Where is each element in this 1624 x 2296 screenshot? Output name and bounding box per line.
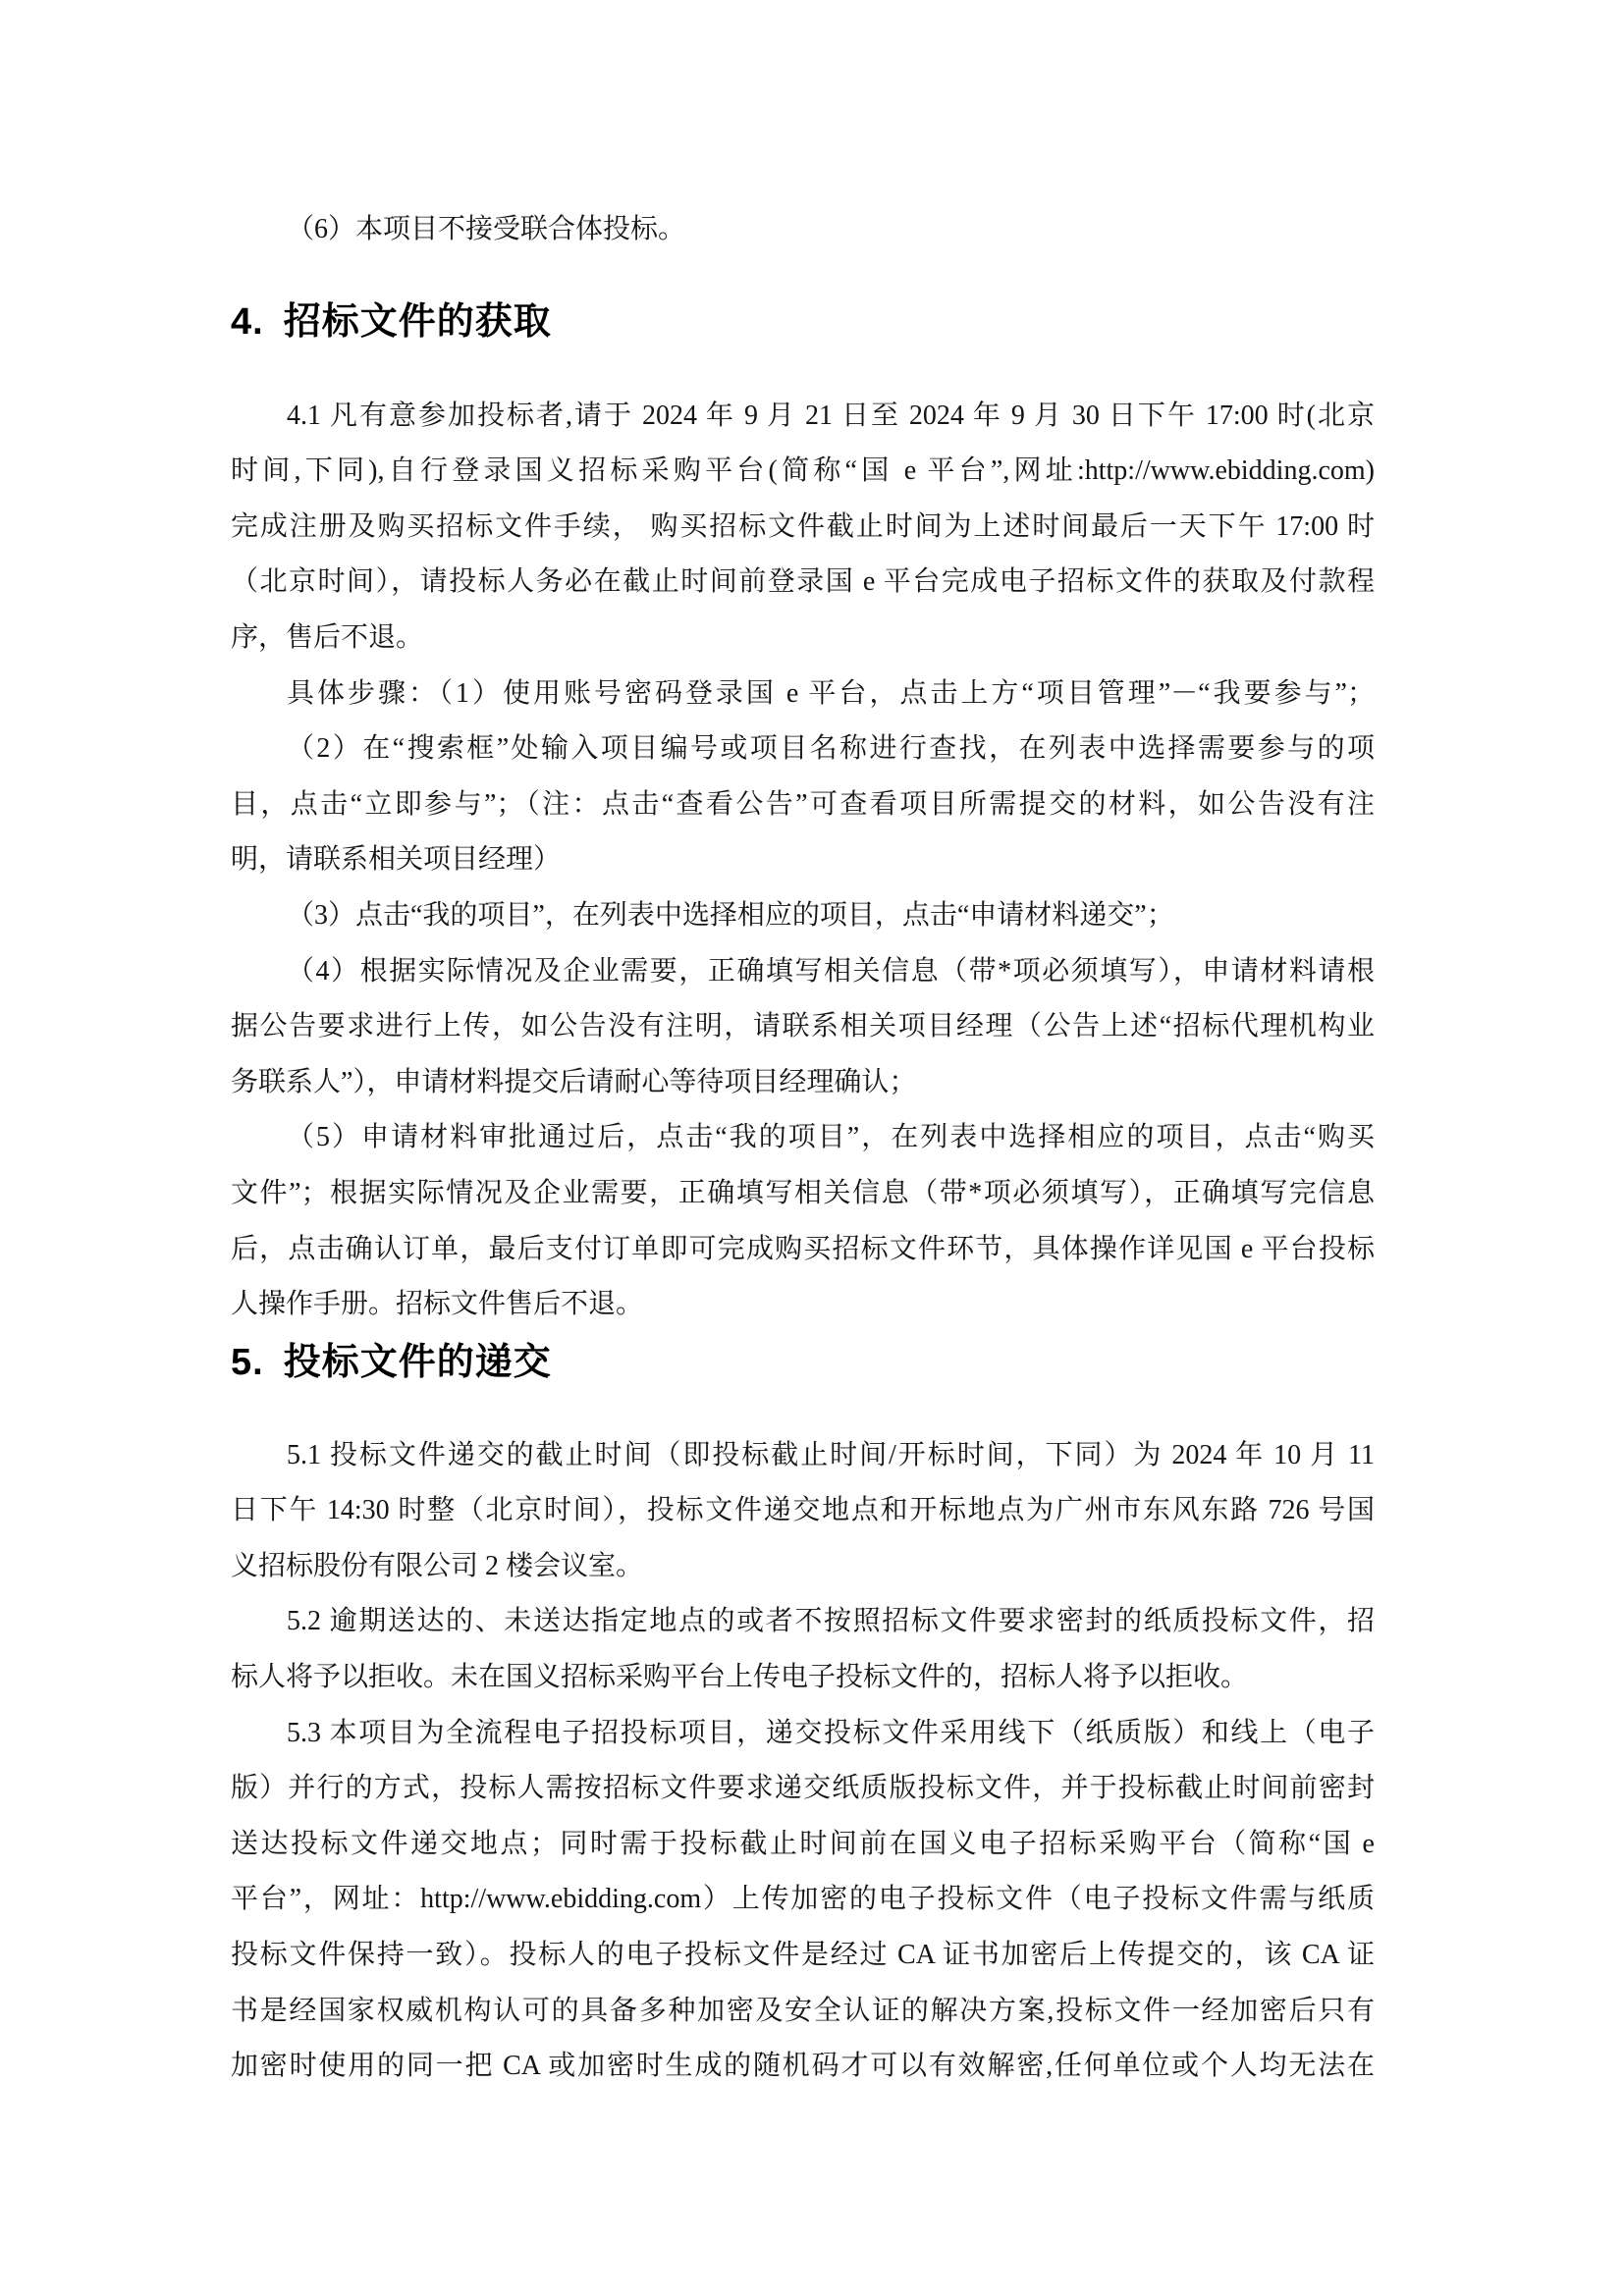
text-line: 书是经国家权威机构认可的具备多种加密及安全认证的解决方案,投标文件一经加密后只有	[231, 1984, 1375, 2040]
text-line: （6）本项目不接受联合体投标。	[231, 202, 1375, 258]
paragraph: 5.3 本项目为全流程电子招投标项目，递交投标文件采用线下（纸质版）和线上（电子…	[231, 1706, 1375, 2095]
text-line: 文件”；根据实际情况及企业需要，正确填写相关信息（带*项必须填写），正确填写完信…	[231, 1166, 1375, 1222]
section-heading: 5. 投标文件的递交	[231, 1338, 1375, 1387]
paragraph: （5）申请材料审批通过后，点击“我的项目”，在列表中选择相应的项目，点击“购买文…	[231, 1110, 1375, 1332]
text-line: 目，点击“立即参与”；（注：点击“查看公告”可查看项目所需提交的材料，如公告没有…	[231, 777, 1375, 833]
text-line: 版）并行的方式，投标人需按招标文件要求递交纸质版投标文件，并于投标截止时间前密封	[231, 1761, 1375, 1817]
text-line: 5.2 逾期送达的、未送达指定地点的或者不按照招标文件要求密封的纸质投标文件，招	[231, 1594, 1375, 1650]
text-line: 加密时使用的同一把 CA 或加密时生成的随机码才可以有效解密,任何单位或个人均无…	[231, 2039, 1375, 2095]
text-line: 标人将予以拒收。未在国义招标采购平台上传电子投标文件的，招标人将予以拒收。	[231, 1650, 1375, 1706]
paragraph: （3）点击“我的项目”，在列表中选择相应的项目，点击“申请材料递交”；	[231, 888, 1375, 944]
text-line: 人操作手册。招标文件售后不退。	[231, 1277, 1375, 1333]
paragraph: 5.2 逾期送达的、未送达指定地点的或者不按照招标文件要求密封的纸质投标文件，招…	[231, 1594, 1375, 1705]
paragraph: （6）本项目不接受联合体投标。	[231, 202, 1375, 258]
document-content: （6）本项目不接受联合体投标。4. 招标文件的获取4.1 凡有意参加投标者,请于…	[231, 202, 1375, 2095]
text-line: 4.1 凡有意参加投标者,请于 2024 年 9 月 21 日至 2024 年 …	[231, 389, 1375, 445]
text-line: 投标文件保持一致）。投标人的电子投标文件是经过 CA 证书加密后上传提交的，该 …	[231, 1928, 1375, 1984]
paragraph: 具体步骤：（1）使用账号密码登录国 e 平台，点击上方“项目管理”－“我要参与”…	[231, 667, 1375, 722]
text-line: 5.1 投标文件递交的截止时间（即投标截止时间/开标时间，下同）为 2024 年…	[231, 1428, 1375, 1484]
text-line: （4）根据实际情况及企业需要，正确填写相关信息（带*项必须填写），申请材料请根	[231, 944, 1375, 1000]
text-line: 完成注册及购买招标文件手续， 购买招标文件截止时间为上述时间最后一天下午 17:…	[231, 500, 1375, 556]
text-line: 日下午 14:30 时整（北京时间），投标文件递交地点和开标地点为广州市东风东路…	[231, 1483, 1375, 1539]
text-line: 义招标股份有限公司 2 楼会议室。	[231, 1539, 1375, 1595]
text-line: 5.3 本项目为全流程电子招投标项目，递交投标文件采用线下（纸质版）和线上（电子	[231, 1706, 1375, 1762]
text-line: 务联系人”），申请材料提交后请耐心等待项目经理确认；	[231, 1055, 1375, 1111]
text-line: 明，请联系相关项目经理）	[231, 832, 1375, 888]
section-heading: 4. 招标文件的获取	[231, 297, 1375, 347]
document-page: （6）本项目不接受联合体投标。4. 招标文件的获取4.1 凡有意参加投标者,请于…	[0, 0, 1624, 2296]
paragraph: （2）在“搜索框”处输入项目编号或项目名称进行查找，在列表中选择需要参与的项目，…	[231, 721, 1375, 888]
paragraph: 4.1 凡有意参加投标者,请于 2024 年 9 月 21 日至 2024 年 …	[231, 389, 1375, 667]
text-line: 据公告要求进行上传，如公告没有注明，请联系相关项目经理（公告上述“招标代理机构业	[231, 999, 1375, 1055]
text-line: 序，售后不退。	[231, 611, 1375, 667]
text-line: （3）点击“我的项目”，在列表中选择相应的项目，点击“申请材料递交”；	[231, 888, 1375, 944]
text-line: 时间,下同),自行登录国义招标采购平台(简称“国 e 平台”,网址:http:/…	[231, 444, 1375, 500]
text-line: 具体步骤：（1）使用账号密码登录国 e 平台，点击上方“项目管理”－“我要参与”…	[231, 667, 1375, 722]
text-line: （2）在“搜索框”处输入项目编号或项目名称进行查找，在列表中选择需要参与的项	[231, 721, 1375, 777]
paragraph: 5.1 投标文件递交的截止时间（即投标截止时间/开标时间，下同）为 2024 年…	[231, 1428, 1375, 1595]
text-line: 后，点击确认订单，最后支付订单即可完成购买招标文件环节，具体操作详见国 e 平台…	[231, 1222, 1375, 1278]
text-line: 平台”，网址：http://www.ebidding.com）上传加密的电子投标…	[231, 1872, 1375, 1928]
paragraph: （4）根据实际情况及企业需要，正确填写相关信息（带*项必须填写），申请材料请根据…	[231, 944, 1375, 1111]
text-line: （5）申请材料审批通过后，点击“我的项目”，在列表中选择相应的项目，点击“购买	[231, 1110, 1375, 1166]
text-line: 送达投标文件递交地点；同时需于投标截止时间前在国义电子招标采购平台（简称“国 e	[231, 1817, 1375, 1873]
text-line: （北京时间），请投标人务必在截止时间前登录国 e 平台完成电子招标文件的获取及付…	[231, 555, 1375, 611]
